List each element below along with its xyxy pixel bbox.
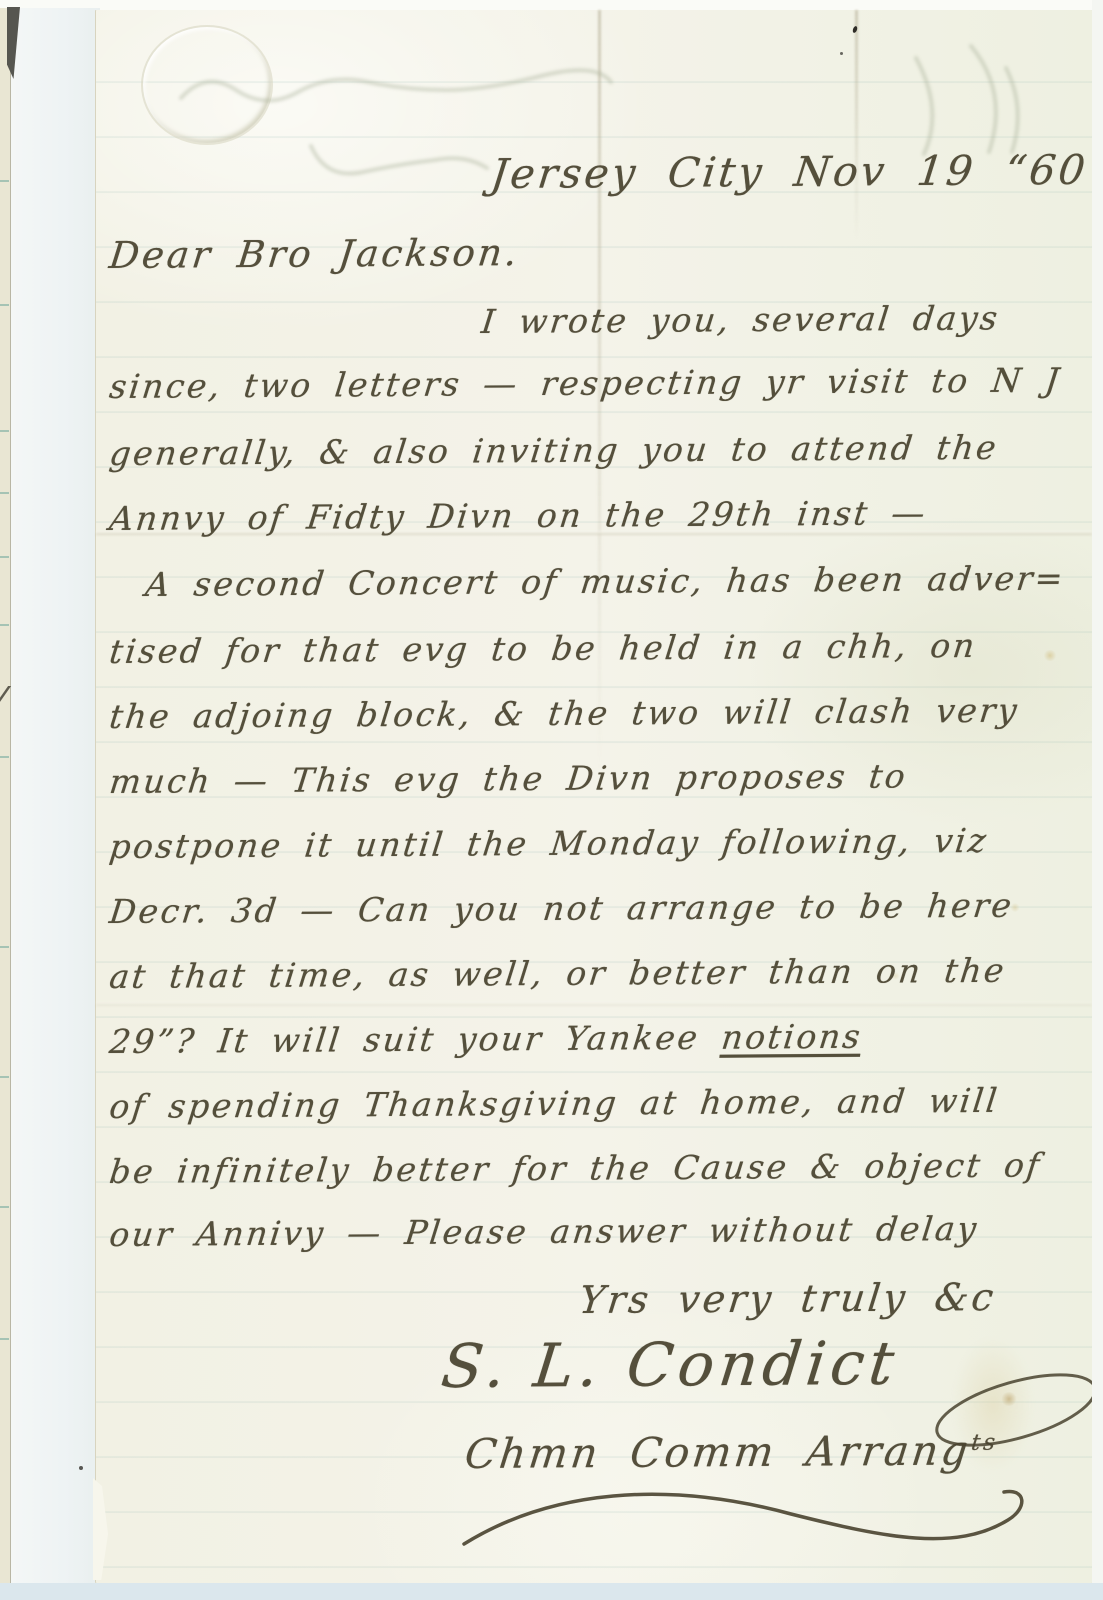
line-text: tised for that evg to be held in a chh, …: [107, 626, 978, 671]
letter-line: the adjoing block, & the two will clash …: [107, 691, 1021, 736]
line-text: generally, & also inviting you to attend…: [107, 428, 1000, 473]
line-text: Annvy of Fidty Divn on the 29th inst —: [107, 493, 929, 538]
paper-stain: [1043, 650, 1057, 661]
letter-line: be infinitely better for the Cause & obj…: [107, 1146, 1043, 1191]
line-text: since, two letters — respecting yr visit…: [107, 360, 1063, 406]
line-text: of spending Thanksgiving at home, and wi…: [107, 1081, 1001, 1126]
ruled-tick: [0, 492, 9, 494]
letter-line: much — This evg the Divn proposes to: [107, 756, 909, 801]
underlined-word: notions: [719, 1017, 864, 1057]
scanned-letter-page: Jersey City Nov 19 “60 Dear Bro Jackson.…: [0, 0, 1103, 1600]
ruled-paper-edge: [0, 8, 11, 1600]
line-text: our Annivy — Please answer without delay: [107, 1209, 980, 1254]
signer-title-superscript: ts: [970, 1430, 1000, 1456]
line-text: at that time, as well, or better than on…: [107, 951, 1008, 996]
backing-sheet: [10, 8, 100, 1600]
paper-chip: [93, 1478, 108, 1580]
letter-line: postpone it until the Monday following, …: [107, 821, 990, 866]
signature: S. L. Condict: [438, 1329, 903, 1402]
ruled-tick: [0, 1206, 9, 1208]
ink-speck: [840, 52, 843, 55]
signer-title: Chmn Comm Arrangts: [462, 1426, 999, 1478]
letter-line: A second Concert of music, has been adve…: [143, 559, 1067, 604]
closing-line: Yrs very truly &c: [577, 1275, 999, 1322]
ruled-tick: [0, 946, 9, 948]
scanner-edge-right: [1092, 0, 1103, 1600]
ruled-tick: [0, 556, 9, 558]
letter-line: at that time, as well, or better than on…: [107, 951, 1008, 996]
ruled-tick: [0, 1338, 9, 1340]
letter-line: since, two letters — respecting yr visit…: [107, 360, 1063, 406]
ruled-tick: [0, 624, 9, 626]
scanner-edge-bottom: [0, 1583, 1103, 1600]
line-text: A second Concert of music, has been adve…: [143, 559, 1067, 604]
letter-line: Annvy of Fidty Divn on the 29th inst —: [107, 493, 929, 538]
line-text: postpone it until the Monday following, …: [107, 821, 990, 866]
signer-title-text: Chmn Comm Arrang: [462, 1426, 973, 1478]
line-text: I wrote you, several days: [479, 298, 1001, 341]
letter-line: our Annivy — Please answer without delay: [107, 1209, 980, 1254]
letter-line: tised for that evg to be held in a chh, …: [107, 626, 978, 671]
line-text: Decr. 3d — Can you not arrange to be her…: [107, 886, 1015, 931]
line-text: much — This evg the Divn proposes to: [107, 756, 909, 801]
ruled-tick: [0, 430, 9, 432]
letter-line: 29”? It will suit your Yankee notions: [107, 1017, 864, 1061]
letter-line: of spending Thanksgiving at home, and wi…: [107, 1081, 1001, 1126]
ruled-tick: [0, 756, 9, 758]
line-text: be infinitely better for the Cause & obj…: [107, 1146, 1043, 1191]
ruled-tick: [0, 1076, 9, 1078]
letter-line: Decr. 3d — Can you not arrange to be her…: [107, 886, 1015, 931]
ruled-tick: [0, 180, 9, 182]
scanner-edge-top: [0, 0, 1103, 10]
letter-line: I wrote you, several days: [479, 298, 1001, 341]
letter-sheet: Jersey City Nov 19 “60 Dear Bro Jackson.…: [96, 10, 1092, 1583]
salutation: Dear Bro Jackson.: [107, 231, 522, 277]
line-text: the adjoing block, & the two will clash …: [107, 691, 1021, 736]
underline-flourish: [456, 1472, 1046, 1567]
date-line: Jersey City Nov 19 “60: [488, 146, 1090, 198]
fold-crease-horizontal: [96, 1002, 1092, 1006]
dust-speck: [79, 1466, 83, 1470]
ruled-tick: [0, 304, 9, 306]
letter-line: generally, & also inviting you to attend…: [107, 428, 1000, 473]
line-text: 29”? It will suit your Yankee: [107, 1018, 723, 1061]
